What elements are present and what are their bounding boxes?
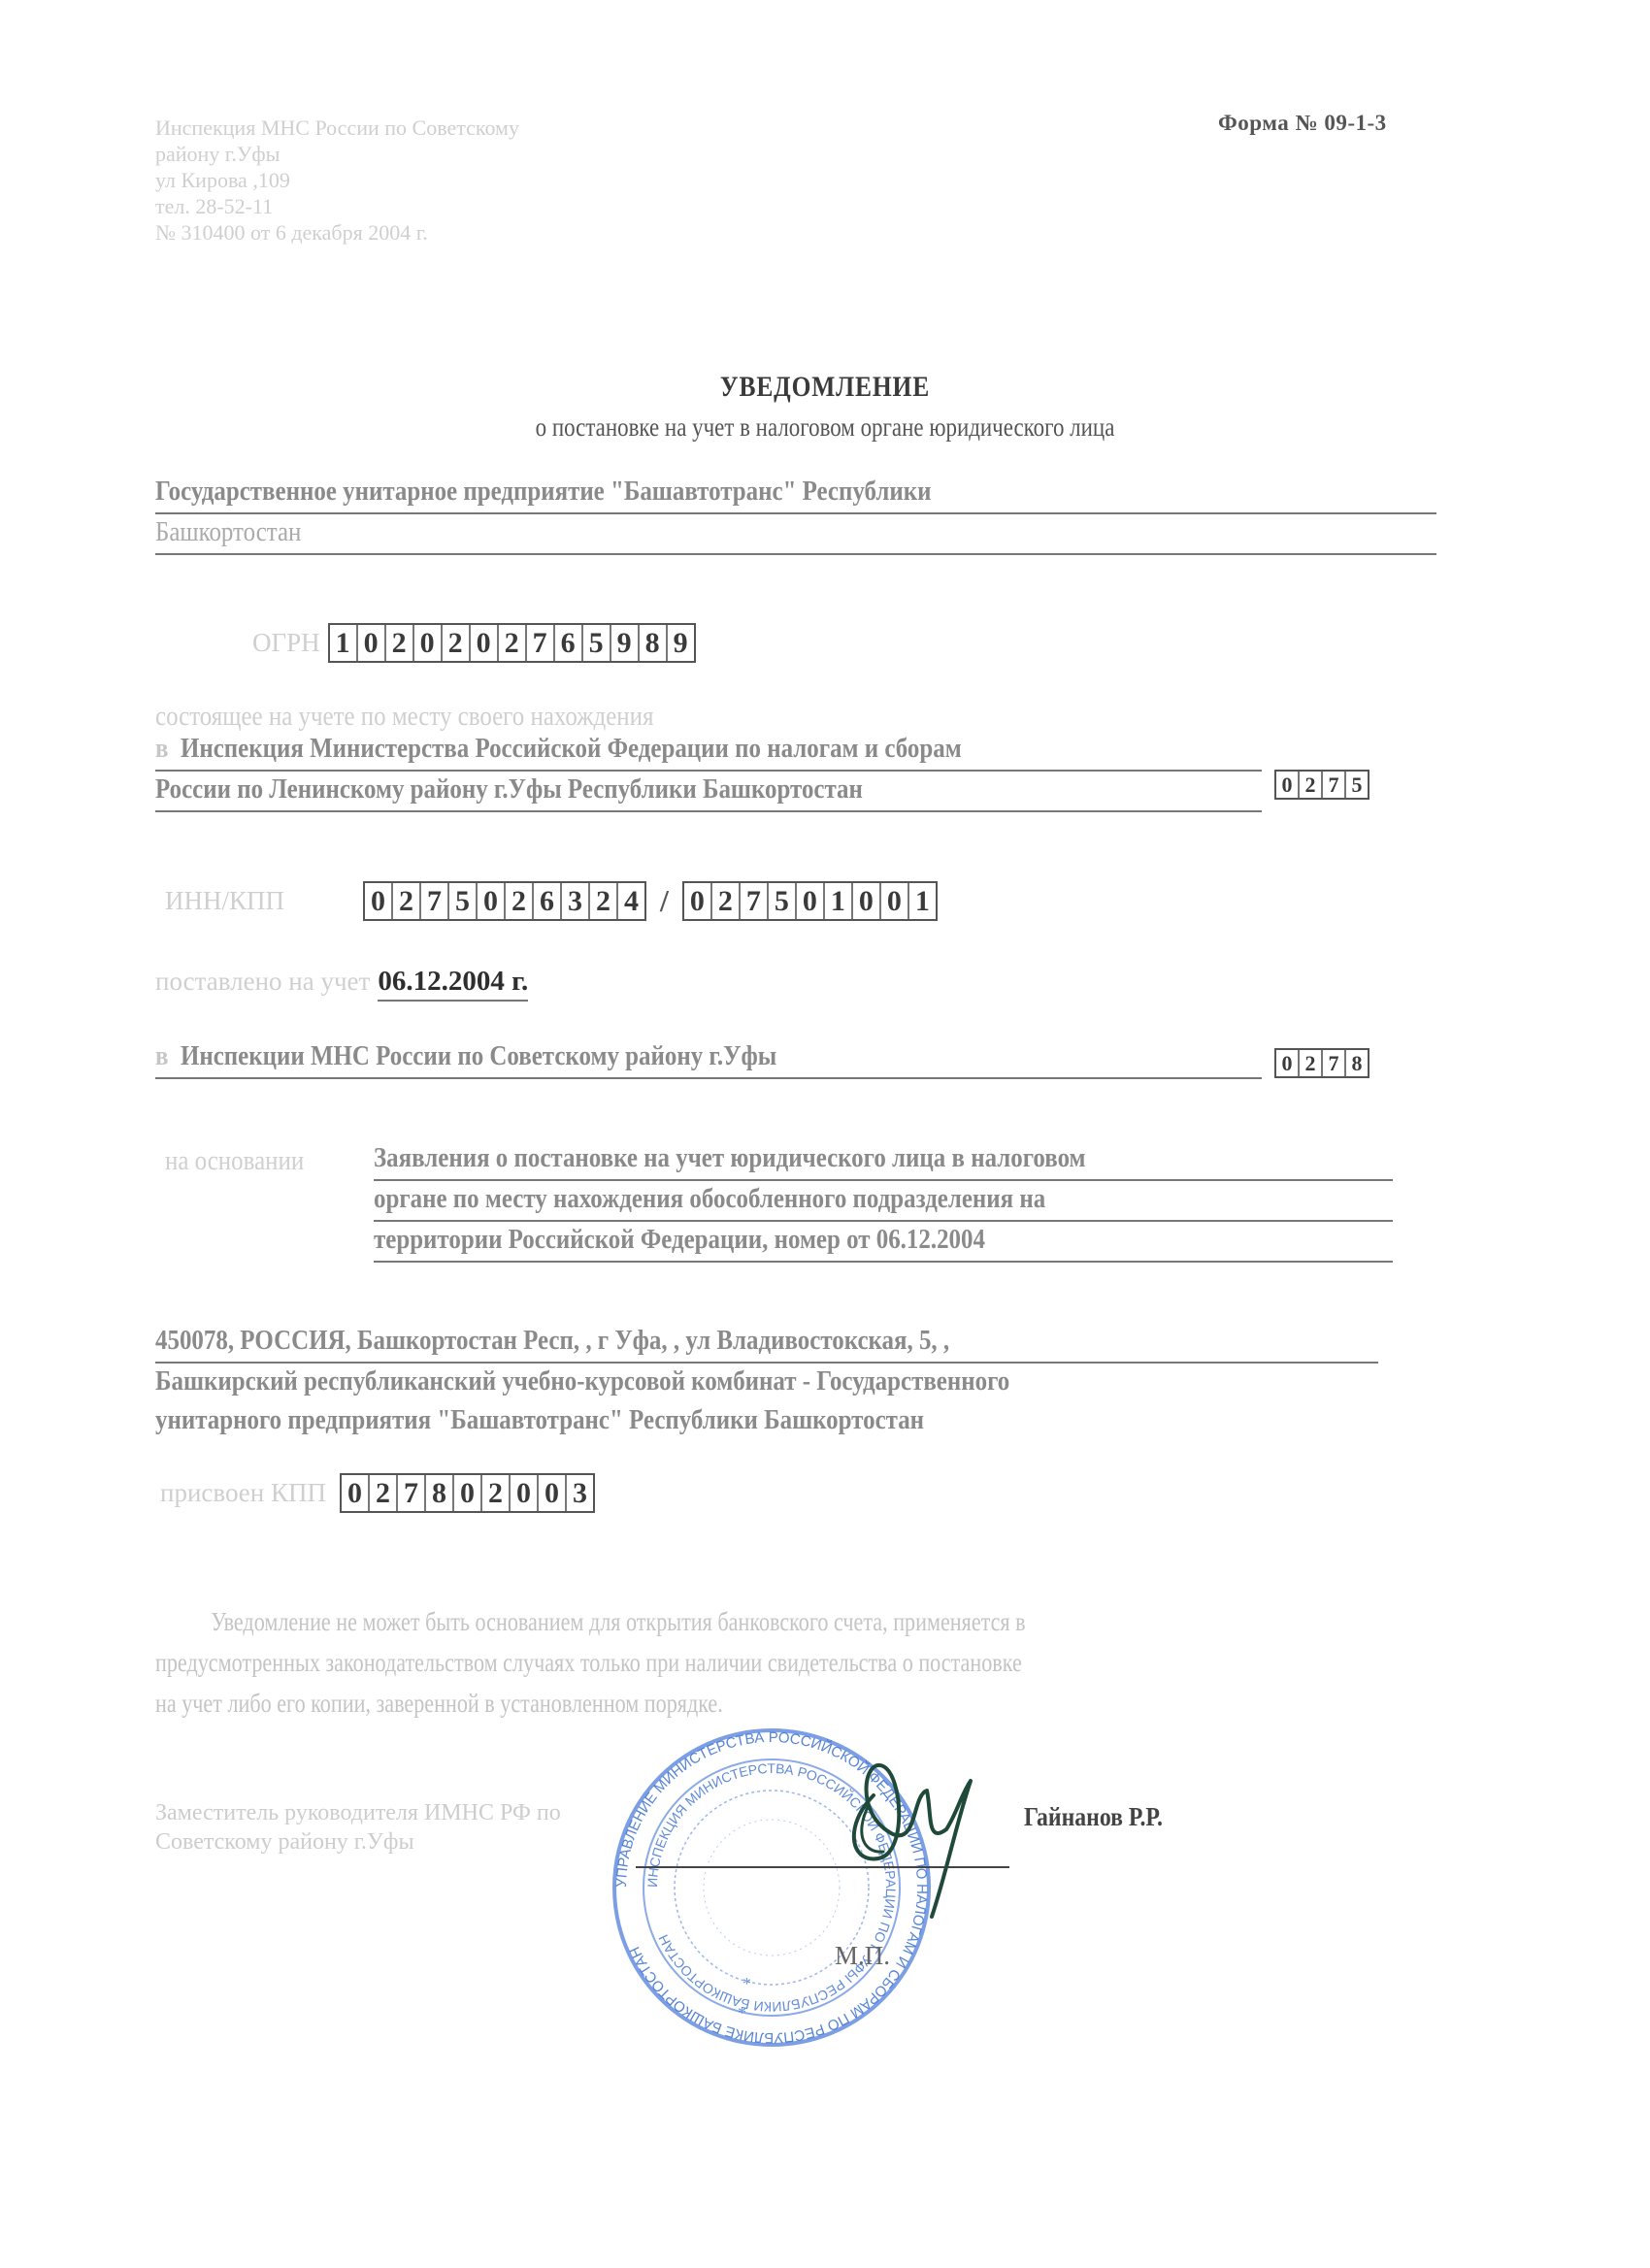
ogrn-digit: 8 [640,625,668,661]
inspection-line: в Инспекции МНС России по Советскому рай… [155,1040,1262,1079]
inn-kpp-field: ИНН/КПП 0275026324 / 027501001 [165,881,938,921]
registration-code-digit: 5 [1346,772,1368,798]
registration-code-digit: 0 [1276,772,1300,798]
inn-digit: 6 [534,883,562,919]
inn-digit: 3 [562,883,590,919]
assigned-kpp-digit-boxes: 027802003 [340,1473,595,1513]
assigned-kpp-digit: 0 [539,1475,567,1511]
registered-date: 06.12.2004 г. [378,966,528,1002]
ogrn-digit: 0 [471,625,499,661]
handwritten-signature [835,1737,1009,1922]
registration-location-line1: в Инспекция Министерства Российской Феде… [155,733,1262,772]
issuer-block: Инспекция МНС России по Советскому район… [155,115,519,246]
ogrn-field: ОГРН 1020202765989 [252,623,696,663]
seal-place-label: М.П. [835,1941,890,1971]
assigned-kpp-field: присвоен КПП 027802003 [160,1473,595,1513]
ogrn-digit: 0 [358,625,386,661]
organization-name-line1: Государственное унитарное предприятие "Б… [155,476,1436,514]
assigned-kpp-digit: 0 [342,1475,370,1511]
kpp-digit: 5 [769,883,797,919]
registered-label: поставлено на учет [155,967,370,997]
inspection-code-digit: 7 [1323,1050,1346,1076]
ogrn-digit: 2 [443,625,471,661]
assigned-kpp-digit: 2 [370,1475,398,1511]
basis-line2: органе по месту нахождения обособленного… [374,1183,1393,1222]
organization-name-line2: Башкортостан [155,516,1436,555]
inn-digit: 4 [618,883,644,919]
issuer-line: району г.Уфы [155,141,519,167]
document-subtitle: о постановке на учет в налоговом органе … [124,412,1527,443]
kpp-digit: 1 [909,883,936,919]
inn-digit: 2 [506,883,534,919]
basis-label: на основании [165,1145,327,1177]
document-title: УВЕДОМЛЕНИЕ [124,371,1527,404]
inn-digit: 0 [365,883,393,919]
assigned-kpp-label: присвоен КПП [160,1478,326,1508]
kpp-digit: 2 [712,883,741,919]
kpp-digit-boxes: 027501001 [682,881,938,921]
kpp-digit: 0 [881,883,909,919]
ogrn-digit-boxes: 1020202765989 [328,623,696,663]
inspection-code-digit: 8 [1346,1050,1368,1076]
inn-digit: 2 [590,883,618,919]
inspection-code-digit: 2 [1300,1050,1323,1076]
inn-kpp-separator: / [660,883,669,919]
inn-digit: 0 [478,883,506,919]
form-number: Форма № 09-1-3 [1218,111,1387,136]
stamp-star-icon: * [742,1974,751,1993]
ogrn-digit: 0 [414,625,443,661]
ogrn-digit: 6 [555,625,583,661]
ogrn-digit: 5 [583,625,611,661]
inn-digit: 7 [421,883,449,919]
ogrn-digit: 2 [386,625,414,661]
kpp-digit: 7 [741,883,769,919]
inn-kpp-label: ИНН/КПП [165,886,330,916]
registration-code-digit: 2 [1300,772,1323,798]
kpp-digit: 0 [684,883,712,919]
inspection-code-digit: 0 [1276,1050,1300,1076]
ogrn-digit: 9 [668,625,694,661]
signatory-role: Заместитель руководителя ИМНС РФ по Сове… [155,1798,561,1857]
issuer-line: ул Кирова ,109 [155,167,519,193]
registered-date-field: поставлено на учет 06.12.2004 г. [155,966,528,1002]
basis-line3: территории Российской Федерации, номер о… [374,1224,1393,1263]
issuer-line: Инспекция МНС России по Советскому [155,115,519,141]
kpp-digit: 0 [797,883,825,919]
ogrn-digit: 9 [611,625,640,661]
registration-code-digit: 7 [1323,772,1346,798]
inn-digit-boxes: 0275026324 [363,881,646,921]
branch-name-line2: унитарного предприятия "Башавтотранс" Ре… [155,1404,1049,1436]
assigned-kpp-digit: 2 [482,1475,511,1511]
stamp-star-icon: * [738,2003,746,2022]
assigned-kpp-digit: 3 [567,1475,593,1511]
inn-digit: 5 [449,883,478,919]
registration-location-line2: России по Ленинскому району г.Уфы Респуб… [155,773,1262,812]
assigned-kpp-digit: 7 [398,1475,426,1511]
issuer-line: № 310400 от 6 декабря 2004 г. [155,219,519,246]
kpp-digit: 0 [853,883,881,919]
ogrn-label: ОГРН [252,628,320,658]
ogrn-digit: 7 [527,625,555,661]
ogrn-digit: 1 [330,625,358,661]
branch-address: 450078, РОССИЯ, Башкортостан Респ, , г У… [155,1325,1378,1364]
notice-paragraph: Уведомление не может быть основанием для… [155,1601,1495,1724]
inspection-code-boxes: 0278 [1274,1048,1369,1078]
signatory-name: Гайнанов Р.Р. [1024,1802,1163,1832]
issuer-line: тел. 28-52-11 [155,193,519,219]
registration-code-boxes: 0275 [1274,770,1369,800]
basis-line1: Заявления о постановке на учет юридическ… [374,1142,1393,1181]
inn-digit: 2 [393,883,421,919]
kpp-digit: 1 [825,883,853,919]
ogrn-digit: 2 [499,625,527,661]
assigned-kpp-digit: 8 [426,1475,454,1511]
branch-name-line1: Башкирский республиканский учебно-курсов… [155,1365,1149,1397]
assigned-kpp-digit: 0 [454,1475,482,1511]
registration-location-label: состоящее на учете по месту своего нахож… [155,701,735,733]
assigned-kpp-digit: 0 [511,1475,539,1511]
